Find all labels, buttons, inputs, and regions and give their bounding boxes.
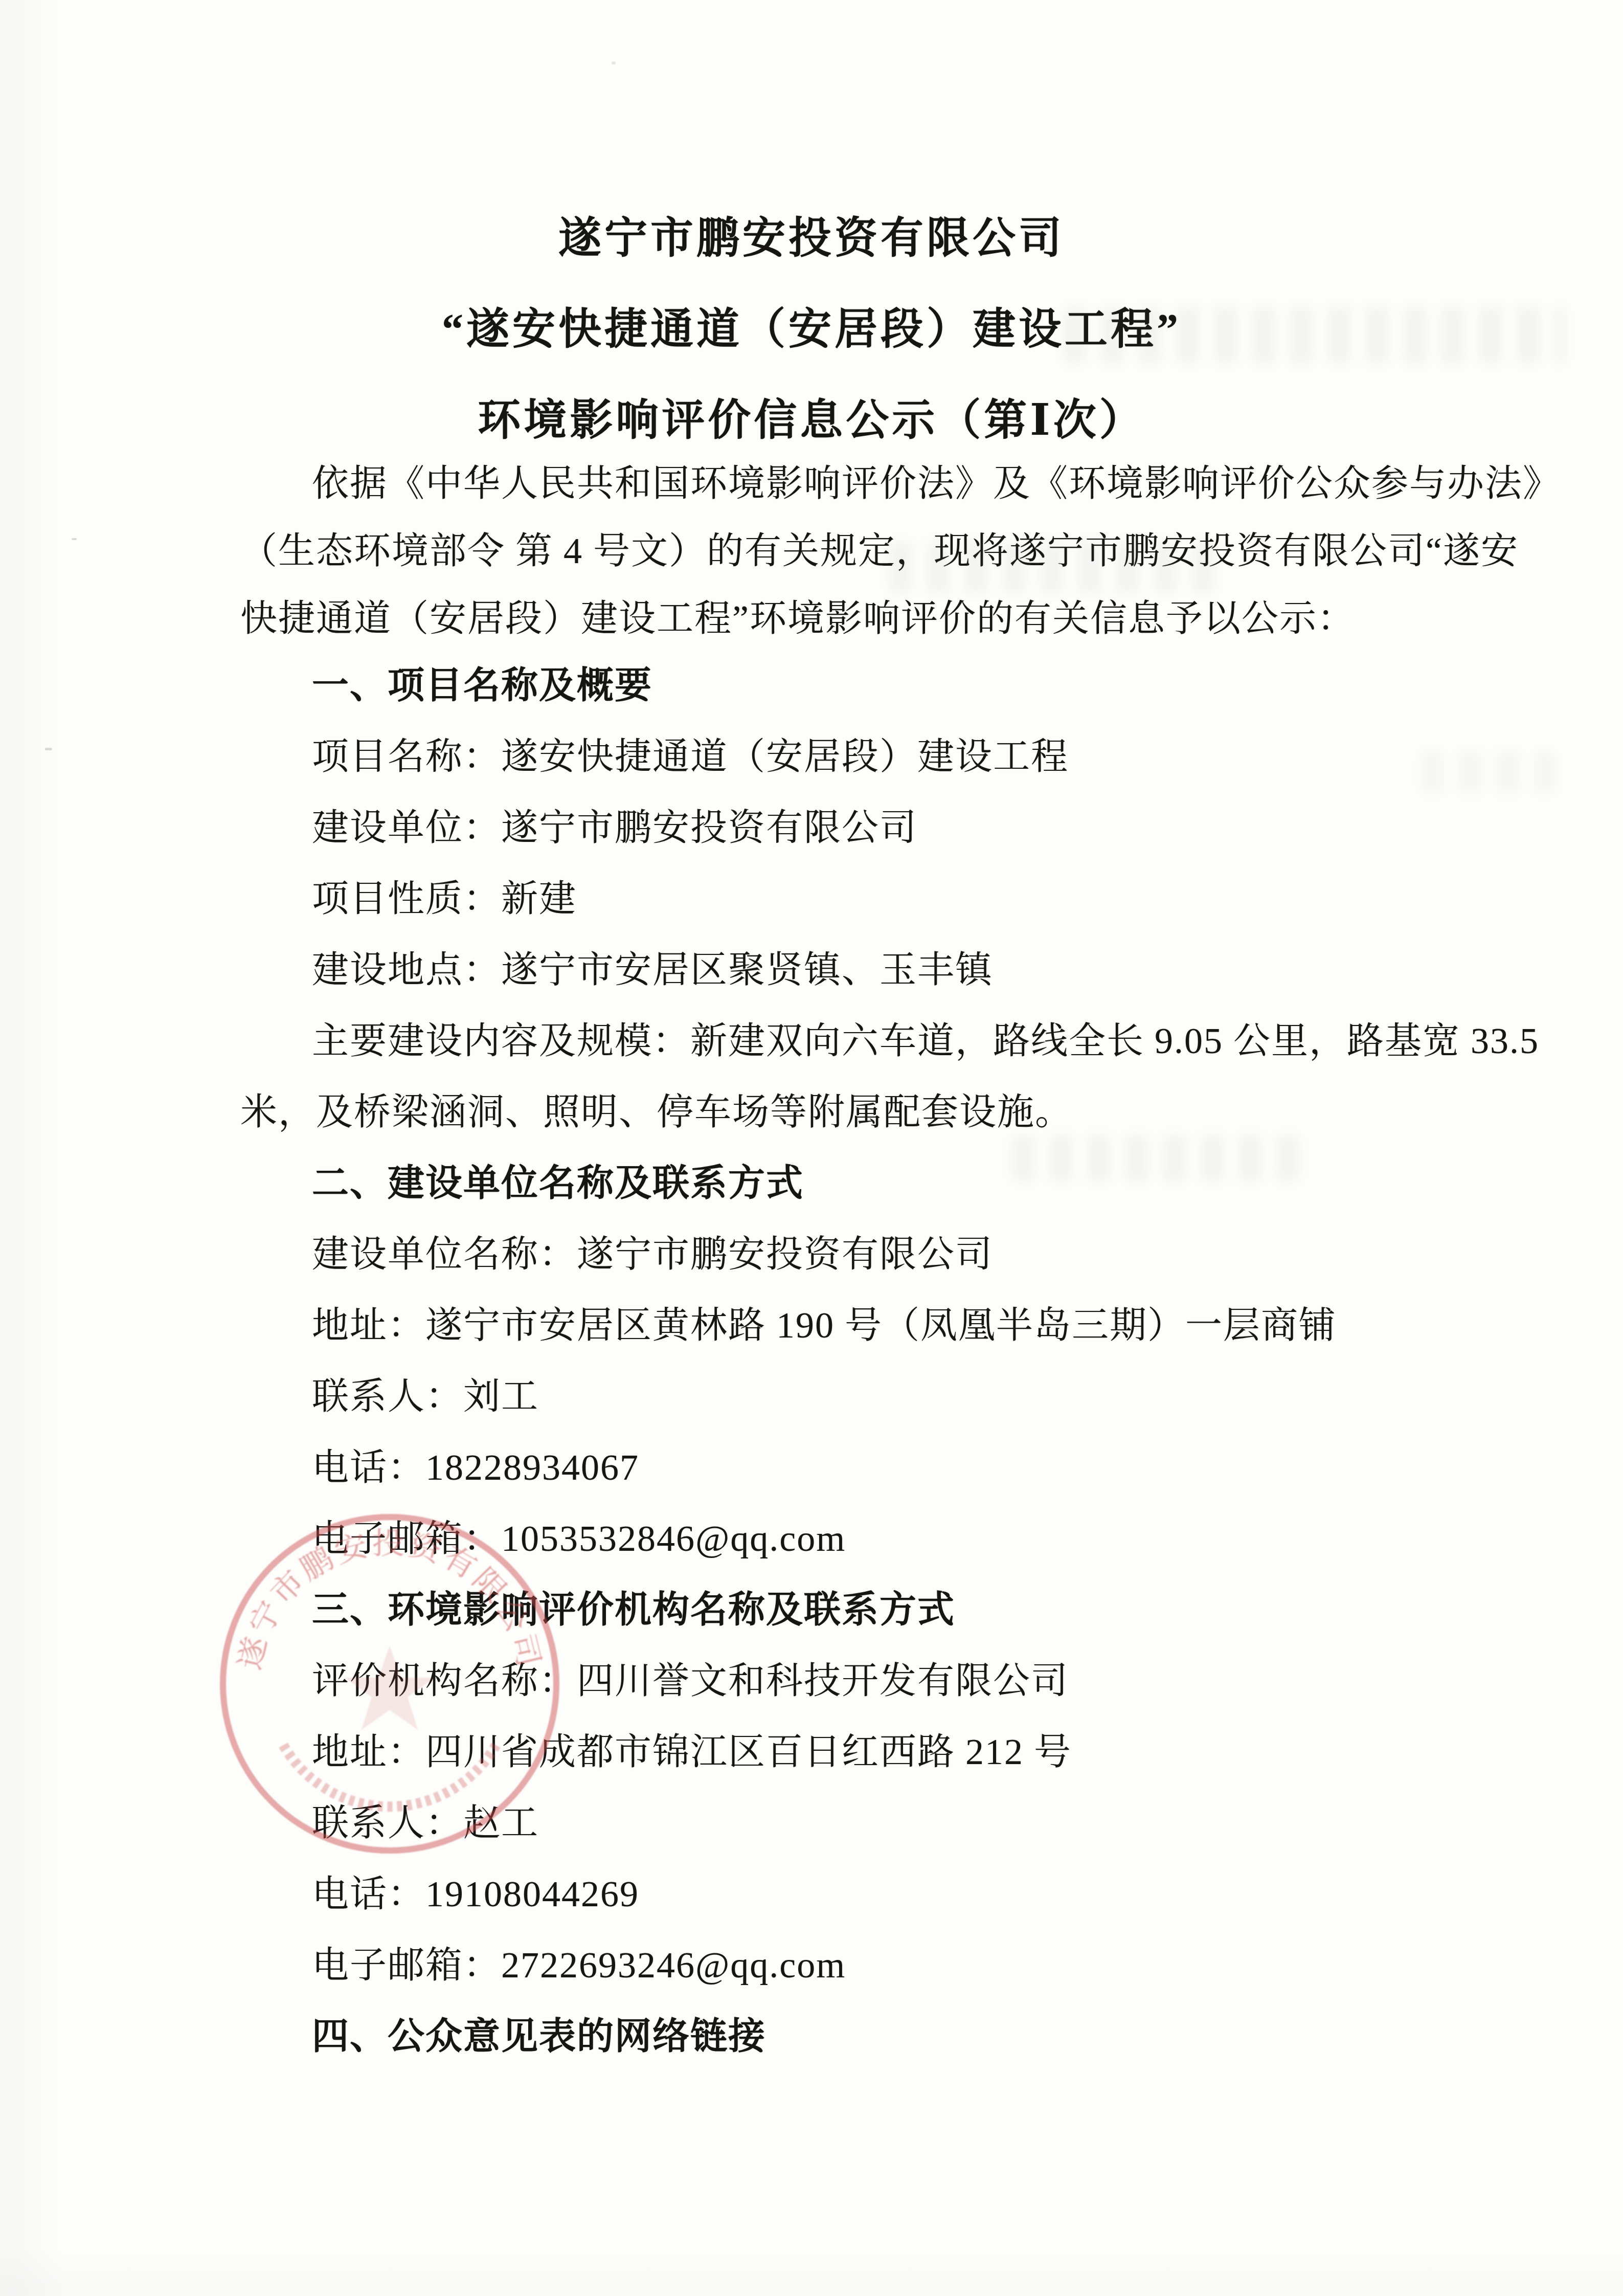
scanned-document-page: 遂宁市鹏安投资有限公司“遂安快捷通道（安居段）建设工程”环境影响评价信息公示（第…: [0, 0, 1623, 2296]
body-line-13: 电子邮箱：1053532846@qq.com: [240, 1503, 1478, 1574]
body-line-12: 电话：18228934067: [240, 1432, 1478, 1503]
body-line-15: 评价机构名称：四川誉文和科技开发有限公司: [240, 1645, 1478, 1717]
body-line-17: 联系人：赵工: [240, 1788, 1478, 1859]
body-line-2: 项目名称：遂安快捷通道（安居段）建设工程: [240, 721, 1478, 792]
body-line-20: 四、公众意见表的网络链接: [240, 2001, 1478, 2072]
body-line-10: 地址：遂宁市安居区黄林路 190 号（凤凰半岛三期）一层商铺: [240, 1290, 1478, 1361]
body-line-16: 地址：四川省成都市锦江区百日红西路 212 号: [240, 1717, 1478, 1788]
body-line-5: 建设地点：遂宁市安居区聚贤镇、玉丰镇: [240, 934, 1478, 1006]
body-line-19: 电子邮箱：2722693246@qq.com: [240, 1930, 1478, 2001]
body-line-18: 电话：19108044269: [240, 1859, 1478, 1930]
body-line-3: 建设单位：遂宁市鹏安投资有限公司: [240, 792, 1478, 863]
body-line-6: 主要建设内容及规模：新建双向六车道，路线全长 9.05 公里，路基宽 33.5: [240, 1006, 1478, 1077]
document-body: 一、项目名称及概要项目名称：遂安快捷通道（安居段）建设工程建设单位：遂宁市鹏安投…: [240, 650, 1478, 2072]
title-line-2: “遂安快捷通道（安居段）建设工程”: [0, 284, 1623, 375]
document-title-block: 遂宁市鹏安投资有限公司“遂安快捷通道（安居段）建设工程”环境影响评价信息公示（第…: [0, 193, 1623, 466]
body-line-11: 联系人：刘工: [240, 1361, 1478, 1432]
body-line-14: 三、环境影响评价机构名称及联系方式: [240, 1574, 1478, 1645]
intro-line-3: 快捷通道（安居段）建设工程”环境影响评价的有关信息予以公示：: [240, 585, 1478, 652]
body-line-9: 建设单位名称：遂宁市鹏安投资有限公司: [240, 1219, 1478, 1290]
intro-line-2: （生态环境部令 第 4 号文）的有关规定，现将遂宁市鹏安投资有限公司“遂安: [240, 517, 1478, 585]
body-line-8: 二、建设单位名称及联系方式: [240, 1148, 1478, 1219]
body-line-1: 一、项目名称及概要: [240, 650, 1478, 721]
scan-speck: [612, 61, 616, 64]
body-line-4: 项目性质：新建: [240, 863, 1478, 934]
scan-speck: [45, 748, 52, 750]
intro-line-1: 依据《中华人民共和国环境影响评价法》及《环境影响评价公众参与办法》: [240, 450, 1478, 517]
body-line-7: 米，及桥梁涵洞、照明、停车场等附属配套设施。: [240, 1077, 1478, 1148]
title-line-1: 遂宁市鹏安投资有限公司: [0, 193, 1623, 284]
intro-paragraph: 依据《中华人民共和国环境影响评价法》及《环境影响评价公众参与办法》（生态环境部令…: [240, 450, 1478, 652]
scan-speck: [72, 538, 77, 540]
